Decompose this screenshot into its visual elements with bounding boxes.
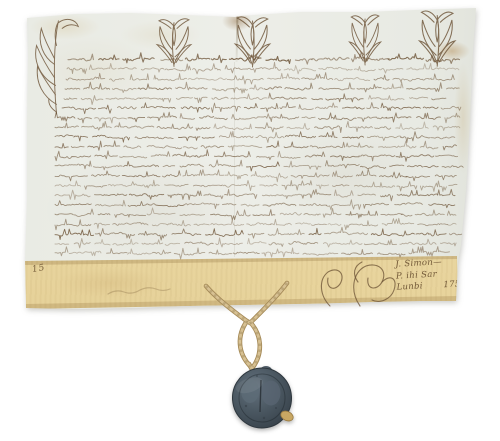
script-word [185, 54, 210, 61]
script-word [342, 107, 364, 109]
script-word [99, 55, 119, 60]
script-word [122, 172, 160, 177]
script-word [441, 106, 461, 110]
script-word [65, 88, 80, 89]
script-word [228, 145, 262, 150]
script-word [429, 204, 455, 208]
script-word [82, 121, 112, 130]
script-word [237, 210, 251, 216]
script-line [66, 72, 454, 84]
script-word [180, 214, 205, 215]
script-word [393, 78, 432, 82]
script-word [359, 155, 395, 161]
script-word [188, 78, 226, 80]
script-word [128, 249, 152, 255]
script-word [98, 105, 111, 113]
script-word [183, 147, 197, 149]
script-word [270, 114, 299, 121]
script-word [280, 103, 296, 109]
script-word [436, 155, 458, 157]
script-word [193, 185, 222, 187]
script-word [55, 181, 81, 187]
script-line [68, 53, 460, 64]
script-word [147, 208, 175, 215]
script-word [431, 74, 454, 81]
script-line [62, 103, 461, 114]
script-word [176, 82, 207, 90]
script-word [317, 185, 329, 189]
script-word [115, 123, 154, 129]
script-word [253, 210, 275, 216]
script-word [55, 214, 73, 215]
script-word [311, 224, 326, 225]
script-word [55, 143, 68, 148]
script-word [357, 84, 381, 92]
script-word [180, 164, 203, 167]
script-line [55, 160, 463, 171]
script-word [202, 137, 214, 138]
script-word [55, 219, 91, 230]
script-word [312, 57, 349, 61]
script-word [92, 171, 120, 176]
script-word [441, 243, 457, 246]
script-word [266, 56, 290, 63]
script-word [55, 135, 73, 137]
script-line [55, 200, 455, 210]
script-word [367, 136, 401, 141]
script-word [302, 117, 315, 119]
script-word [131, 180, 159, 188]
script-word [241, 204, 259, 206]
script-word [280, 213, 301, 216]
script-word [215, 118, 228, 120]
script-word [326, 161, 360, 168]
script-line [64, 93, 446, 104]
script-word [379, 68, 403, 73]
script-word [267, 141, 279, 147]
script-word [284, 66, 315, 74]
script-word [396, 122, 428, 129]
script-word [55, 229, 94, 239]
script-word [287, 123, 309, 129]
script-word [163, 165, 175, 166]
script-word [95, 194, 127, 196]
script-word [264, 87, 281, 90]
script-word [84, 82, 110, 89]
script-word [67, 68, 86, 74]
script-word [390, 165, 404, 166]
faint-docket-scribble [108, 288, 170, 294]
script-word [95, 200, 125, 206]
script-word [212, 56, 227, 63]
script-line [55, 189, 455, 201]
script-word [315, 103, 337, 109]
script-word [432, 98, 446, 100]
script-word [69, 251, 101, 256]
script-word [319, 83, 355, 90]
acanthus-decoration [419, 11, 455, 66]
script-word [291, 173, 329, 179]
script-word [232, 114, 270, 120]
script-word [124, 146, 141, 148]
script-word [93, 135, 130, 142]
script-word [415, 210, 444, 216]
script-word [148, 112, 177, 121]
script-word [348, 233, 368, 235]
script-word [371, 229, 397, 236]
script-word [379, 172, 407, 178]
script-word [135, 137, 173, 139]
script-word [309, 228, 321, 234]
script-word [55, 161, 91, 169]
script-word [358, 194, 376, 196]
script-word [334, 190, 353, 197]
script-word [68, 54, 93, 61]
script-word [282, 181, 312, 191]
script-word [147, 146, 182, 149]
script-word [214, 124, 252, 130]
script-word [93, 166, 122, 170]
script-line [55, 218, 456, 230]
script-word [196, 128, 210, 131]
script-word [304, 214, 320, 216]
script-word [326, 200, 360, 210]
script-word [397, 182, 417, 191]
script-word [449, 184, 457, 185]
script-word [139, 231, 167, 240]
script-word [110, 79, 125, 82]
script-word [416, 230, 446, 236]
script-word [302, 72, 333, 79]
script-word [244, 103, 257, 108]
script-word [346, 143, 373, 147]
script-word [269, 93, 306, 99]
script-word [118, 67, 136, 69]
script-word [410, 97, 428, 99]
script-word [214, 152, 250, 157]
script-word [396, 152, 434, 161]
script-word [154, 74, 187, 81]
script-word [328, 224, 341, 226]
script-word [262, 194, 301, 198]
script-word [407, 83, 442, 92]
seal-face [230, 366, 293, 430]
script-word [346, 121, 372, 131]
script-word [138, 84, 171, 90]
script-word [248, 239, 267, 245]
script-word [319, 67, 352, 70]
script-word [55, 112, 75, 121]
script-word [178, 137, 200, 141]
script-word [299, 203, 326, 205]
script-word [423, 107, 438, 109]
script-word [335, 78, 370, 81]
script-word [375, 127, 391, 130]
script-word [195, 97, 208, 103]
script-word [193, 64, 221, 74]
script-word [284, 142, 308, 148]
script-word [248, 233, 264, 238]
script-word [299, 105, 313, 110]
script-word [140, 98, 171, 102]
script-word [233, 252, 259, 254]
script-word [180, 114, 194, 120]
script-word [165, 64, 191, 71]
script-word [55, 247, 68, 256]
script-word [326, 94, 364, 102]
script-word [354, 66, 375, 71]
script-word [55, 123, 78, 128]
script-word [319, 113, 356, 120]
script-word [407, 63, 442, 69]
script-word [107, 249, 127, 254]
script-word [88, 141, 102, 150]
script-word [408, 165, 424, 167]
script-word [89, 64, 116, 70]
script-word [200, 116, 214, 118]
script-word [381, 214, 402, 216]
script-word [447, 88, 460, 89]
manuscript-text-lines [55, 53, 463, 259]
script-word [129, 194, 163, 200]
penwork-flourishes [36, 11, 455, 114]
script-word [435, 175, 456, 180]
script-word [443, 68, 459, 70]
script-word [211, 220, 244, 225]
script-word [386, 113, 411, 122]
script-word [130, 74, 149, 80]
script-word [268, 228, 304, 235]
script-word [112, 88, 136, 92]
script-word [331, 156, 360, 161]
script-word [420, 141, 438, 149]
acanthus-decoration [235, 17, 270, 67]
script-word [323, 240, 362, 247]
script-word [55, 151, 91, 161]
script-word [268, 73, 300, 79]
script-word [269, 243, 283, 247]
script-word [364, 203, 389, 208]
script-line [55, 208, 456, 220]
script-word [395, 203, 423, 205]
script-line [55, 141, 456, 151]
script-line [55, 112, 460, 123]
script-word [183, 170, 224, 177]
script-word [356, 169, 376, 176]
script-word [333, 171, 353, 178]
script-word [124, 161, 159, 167]
script-word [174, 248, 205, 259]
script-word [367, 103, 379, 109]
script-word [194, 224, 209, 225]
script-word [62, 107, 96, 114]
script-word [420, 181, 446, 192]
script-word [161, 59, 183, 61]
script-word [398, 231, 415, 236]
script-word [81, 96, 103, 105]
script-word [382, 218, 414, 225]
script-word [123, 53, 154, 63]
script-word [219, 131, 253, 137]
script-word [379, 141, 417, 148]
foliate-initial-decoration [36, 19, 79, 114]
script-word [128, 117, 145, 121]
script-word [94, 223, 109, 228]
script-word [378, 253, 406, 257]
script-word [383, 82, 403, 89]
script-word [251, 171, 287, 181]
script-word [342, 249, 373, 254]
script-word [374, 75, 389, 80]
script-word [257, 156, 275, 159]
script-word [176, 98, 192, 100]
script-word [305, 152, 325, 157]
script-line [55, 169, 456, 182]
script-word [346, 211, 378, 218]
script-word [120, 156, 147, 158]
seal-cord [206, 283, 287, 377]
script-word [173, 150, 209, 158]
script-word [315, 126, 342, 133]
script-word [271, 219, 292, 225]
script-word [141, 103, 175, 109]
notary-sign [321, 262, 395, 306]
script-word [443, 145, 456, 150]
script-line [55, 247, 449, 260]
script-word [400, 132, 430, 143]
script-word [262, 248, 299, 257]
script-word [302, 189, 331, 198]
script-word [401, 214, 412, 216]
script-word [260, 184, 278, 186]
script-word [285, 83, 312, 90]
script-line [55, 238, 456, 248]
script-word [74, 209, 93, 216]
script-word [246, 162, 279, 171]
script-word [156, 205, 185, 207]
script-line [67, 62, 459, 73]
script-word [278, 151, 300, 158]
script-word [319, 131, 337, 137]
script-word [296, 223, 311, 224]
script-word [204, 194, 223, 199]
script-word [409, 247, 450, 256]
script-word [209, 160, 242, 167]
script-word [185, 242, 213, 245]
script-word [222, 204, 236, 205]
script-line [55, 227, 462, 240]
script-word [406, 176, 430, 181]
script-word [211, 103, 240, 112]
script-word [95, 229, 134, 239]
script-word [98, 214, 110, 215]
script-word [312, 99, 323, 100]
script-word [263, 203, 296, 206]
script-word [447, 211, 455, 215]
script-word [115, 214, 146, 218]
script-word [397, 190, 437, 196]
script-word [157, 124, 192, 130]
script-word [418, 224, 448, 226]
script-word [388, 54, 423, 60]
script-word [152, 220, 190, 226]
script-word [181, 107, 209, 112]
script-word [95, 117, 127, 123]
script-word [172, 229, 201, 236]
script-word [85, 185, 107, 189]
lead-seal-bulla [230, 366, 294, 430]
script-word [211, 214, 236, 220]
script-word [113, 222, 148, 225]
script-word [201, 146, 224, 149]
script-word [256, 132, 284, 142]
script-word [358, 117, 387, 122]
script-word [71, 146, 84, 147]
script-word [209, 250, 232, 255]
script-word [225, 172, 248, 180]
script-word [113, 239, 138, 245]
script-word [325, 227, 348, 233]
script-word [141, 68, 164, 72]
script-word [185, 203, 219, 209]
script-word [78, 118, 91, 123]
script-word [64, 98, 77, 100]
seal-relief-right [262, 381, 281, 406]
script-word [323, 208, 341, 217]
script-word [128, 201, 155, 206]
script-word [400, 239, 436, 245]
script-word [438, 189, 455, 195]
script-word [448, 223, 457, 225]
script-word [213, 88, 248, 93]
script-word [261, 103, 278, 111]
charter-photograph: 15 J. Simon— P. ihi Sar Lunbi 175 [0, 0, 500, 441]
script-line [55, 150, 458, 162]
script-word [216, 238, 243, 247]
script-word [165, 184, 189, 186]
script-word [55, 244, 69, 245]
script-word [108, 184, 131, 186]
script-word [303, 253, 338, 255]
script-word [151, 152, 170, 157]
script-word [295, 59, 312, 64]
script-line [55, 180, 457, 191]
script-word [433, 126, 460, 131]
script-word [446, 59, 460, 64]
script-word [206, 229, 244, 237]
script-word [289, 241, 318, 244]
script-word [74, 239, 90, 248]
script-word [66, 73, 105, 80]
script-word [424, 166, 438, 168]
script-word [104, 141, 120, 147]
script-word [223, 181, 255, 191]
script-word [250, 85, 263, 90]
script-word [247, 223, 272, 226]
script-word [285, 132, 315, 138]
script-word [106, 98, 140, 100]
script-word [381, 195, 393, 201]
script-word [168, 191, 201, 200]
script-word [225, 190, 257, 199]
script-word [431, 137, 454, 139]
script-word [142, 240, 163, 245]
script-word [343, 136, 364, 138]
script-word [417, 113, 441, 119]
script-word [212, 97, 228, 99]
script-word [332, 184, 349, 186]
script-word [369, 95, 404, 100]
